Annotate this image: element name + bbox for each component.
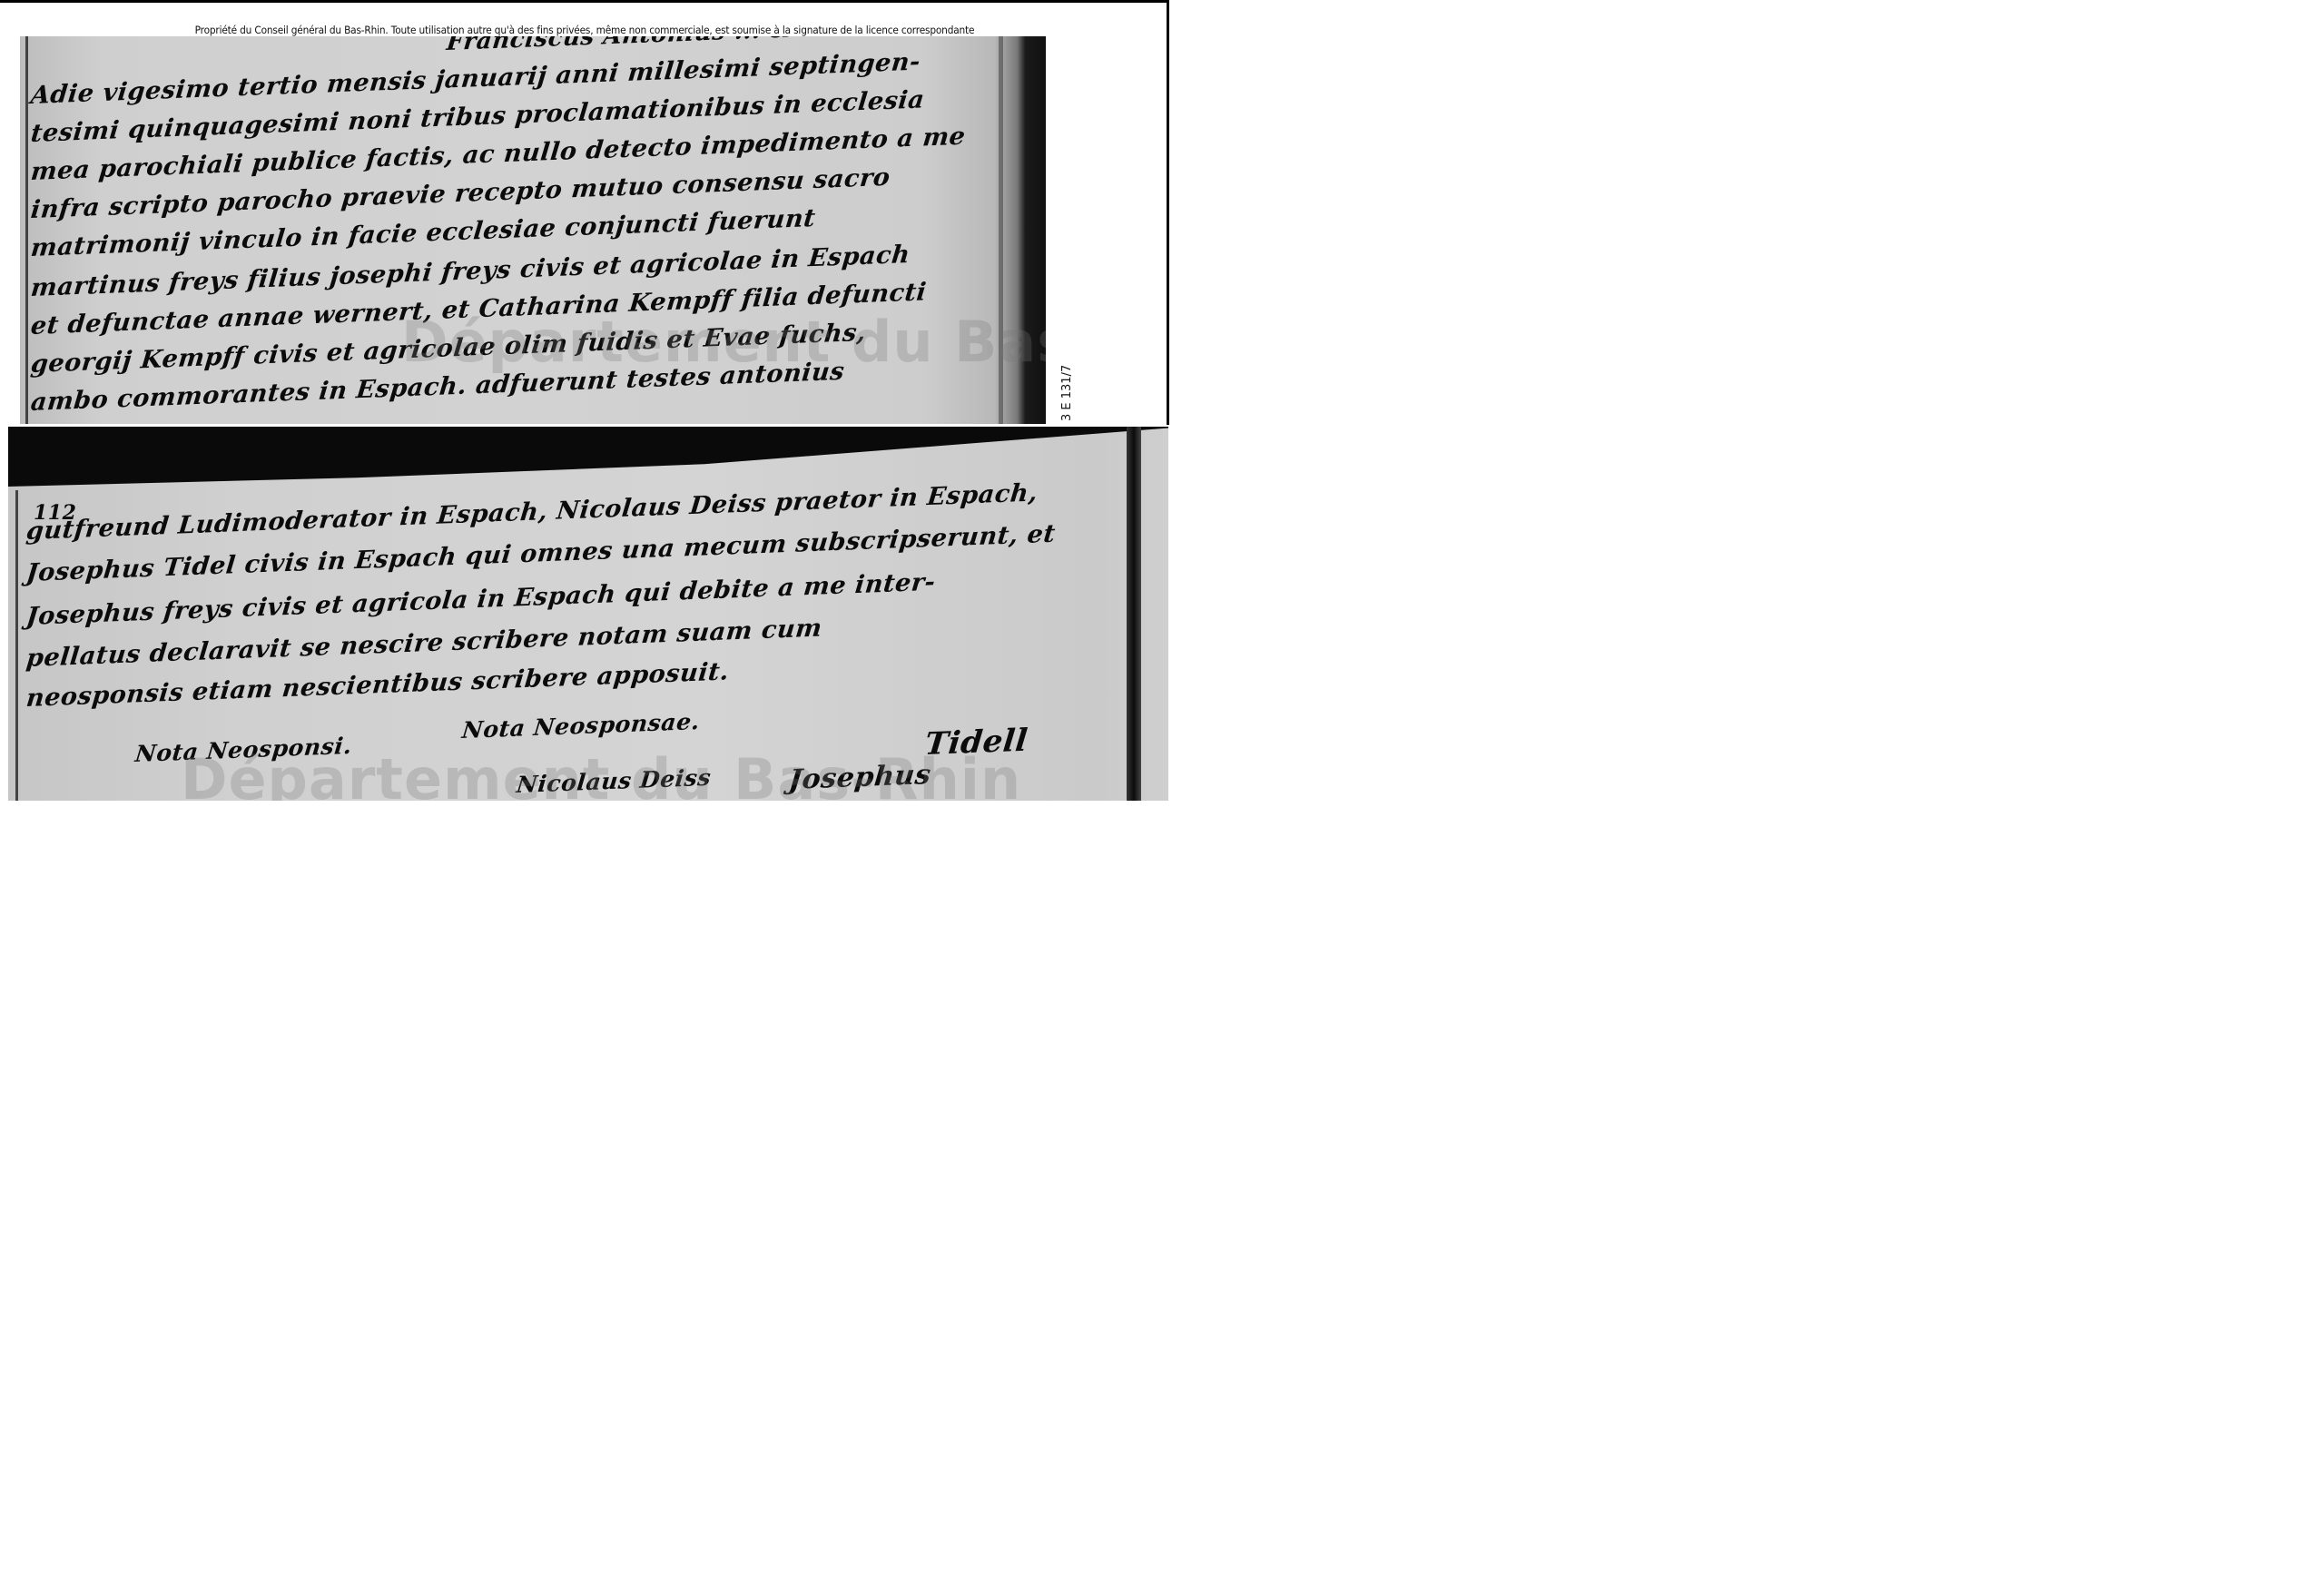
viewer-frame-right-border <box>1167 0 1169 425</box>
archive-reference-label: 3 E 131/7 <box>1060 367 1075 421</box>
rights-notice: Propriété du Conseil général du Bas-Rhin… <box>47 24 1123 36</box>
page-margin-rule <box>25 36 28 424</box>
page-binding-edge <box>1127 427 1141 801</box>
register-scan-top[interactable]: Franciscus Antonius ... & 1760 Adie vige… <box>20 36 1046 424</box>
signature-mark-bride: Nota Neosponsae. <box>461 708 702 743</box>
page-margin-rule <box>15 490 18 801</box>
archive-watermark: Département du Bas-Rhin <box>181 746 1021 801</box>
register-scan-bottom[interactable]: 112 gutfreund Ludimoderator in Espach, N… <box>8 427 1168 801</box>
viewer-frame-top-border <box>0 0 1169 3</box>
archive-watermark: Département du Bas-Rhin <box>401 309 1046 375</box>
